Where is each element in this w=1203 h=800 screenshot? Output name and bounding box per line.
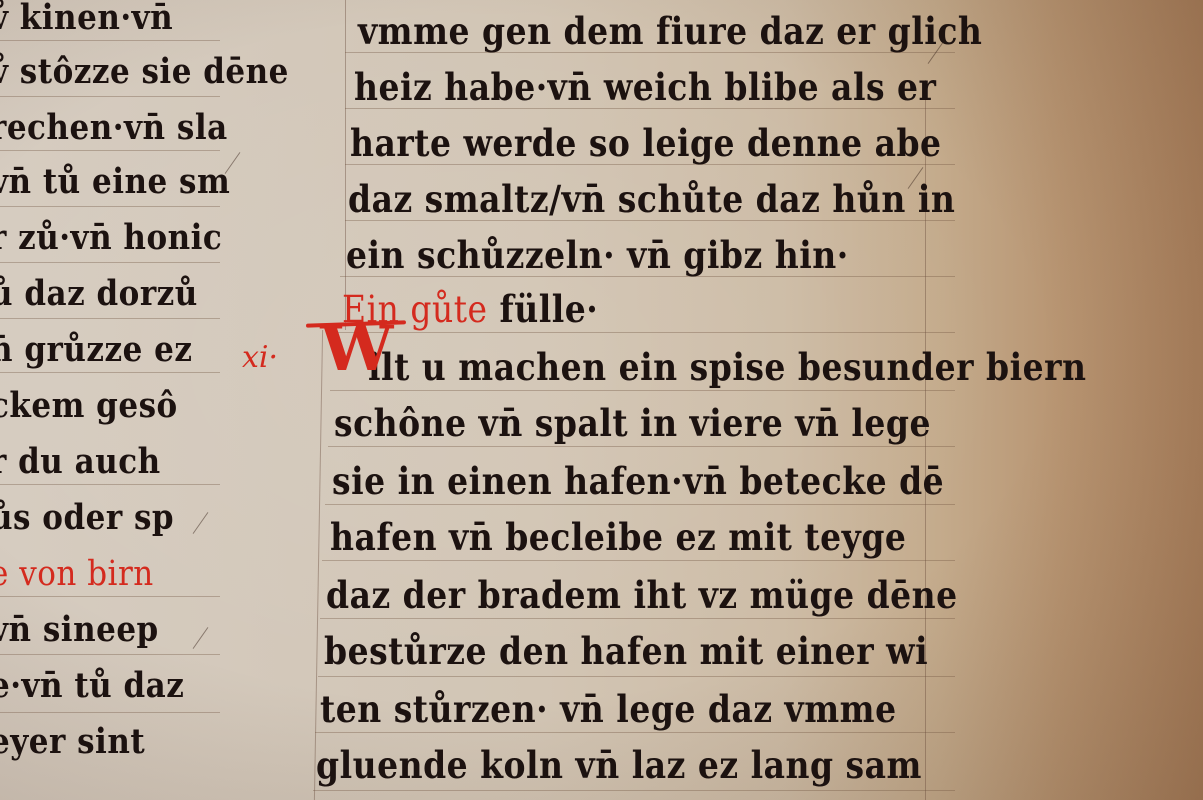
manuscript-line: gluende koln vn̄ laz ez lang sam xyxy=(316,743,922,787)
ruled-line xyxy=(0,372,220,373)
manuscript-line: vmme gen dem fiure daz er glich xyxy=(358,9,982,53)
manuscript-line: vn̄ sineep xyxy=(0,610,159,650)
ruled-line xyxy=(0,484,220,485)
manuscript-line: sie in einen hafen·vn̄ betecke dē xyxy=(332,459,944,503)
manuscript-line: ten stůrzen· vn̄ lege daz vmme xyxy=(320,687,897,731)
manuscript-line: eyer sint xyxy=(0,722,145,762)
manuscript-line: hafen vn̄ becleibe ez mit teyge xyxy=(330,515,906,559)
ruled-line xyxy=(313,790,955,791)
manuscript-line: e·vn̄ tů daz xyxy=(0,666,184,706)
ruled-line xyxy=(0,150,220,151)
ruled-line xyxy=(0,262,220,263)
manuscript-line: vn̄ tů eine sm xyxy=(0,162,230,202)
manuscript-line: ilt u machen ein spise besunder biern xyxy=(368,345,1086,389)
manuscript-line: ein schůzzeln· vn̄ gibz hin· xyxy=(346,233,849,277)
ruled-line xyxy=(0,318,220,319)
ruled-line xyxy=(328,446,955,447)
manuscript-line: ckem gesô xyxy=(0,386,178,426)
manuscript-line: schône vn̄ spalt in viere vn̄ lege xyxy=(334,401,931,445)
ruled-line xyxy=(0,206,220,207)
ruled-line xyxy=(315,732,955,733)
marginal-note: xi· xyxy=(242,340,278,375)
ruled-line xyxy=(322,560,955,561)
ruled-line xyxy=(325,504,955,505)
ruled-line xyxy=(335,332,955,333)
manuscript-line: heiz habe·vn̄ weich blibe als er xyxy=(354,65,936,109)
ruled-line xyxy=(320,618,955,619)
ruled-line xyxy=(0,712,220,713)
manuscript-line: bestůrze den hafen mit einer wi xyxy=(324,629,928,673)
ruled-line xyxy=(330,390,955,391)
manuscript-line: harte werde so leige denne abe xyxy=(350,121,942,165)
decorated-initial-letter: W xyxy=(320,318,393,380)
manuscript-line: n̄ grůzze ez xyxy=(0,330,192,370)
ruled-line xyxy=(0,96,220,97)
pen-flourish xyxy=(193,627,209,649)
manuscript-line: ů daz dorzů xyxy=(0,274,198,314)
manuscript-line: r zů·vn̄ honic xyxy=(0,218,222,258)
ruled-line xyxy=(318,676,955,677)
manuscript-line: rechen·vn̄ sla xyxy=(0,108,228,148)
manuscript-line: ůs oder sp xyxy=(0,498,174,538)
manuscript-line: r du auch xyxy=(0,442,161,482)
vertical-ruling xyxy=(345,0,346,330)
manuscript-line: v̊ kinen·vn̄ xyxy=(0,0,173,38)
pen-flourish xyxy=(193,512,209,534)
ruled-line xyxy=(0,596,220,597)
manuscript-line: v̊ stôzze sie dēne xyxy=(0,52,289,92)
ruled-line xyxy=(0,40,220,41)
ruled-line xyxy=(0,654,220,655)
heading-suffix: fülle· xyxy=(488,287,599,331)
manuscript-line: daz smaltz/vn̄ schůte daz hůn in xyxy=(348,177,955,221)
manuscript-line: daz der bradem iht vz müge dēne xyxy=(326,573,958,617)
rubric-heading: e von birn xyxy=(0,554,154,594)
